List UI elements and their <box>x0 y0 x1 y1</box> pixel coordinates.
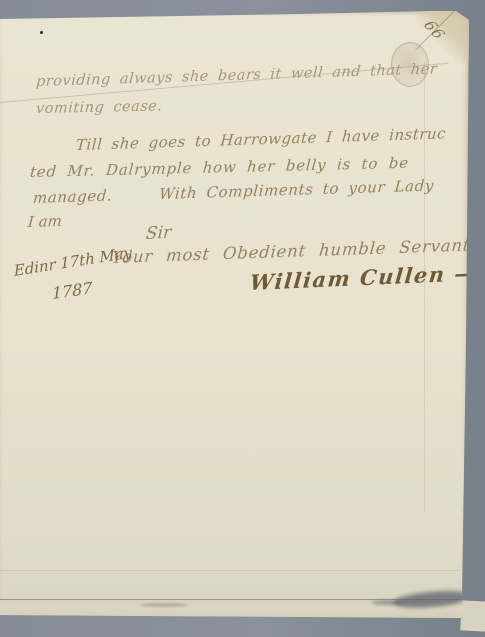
letter-page: 66 providing always she bears it well an… <box>0 11 469 618</box>
dateline-year: 1787 <box>52 278 93 303</box>
letter-line: Till she goes to Harrowgate I have instr… <box>75 124 446 154</box>
edge-smudge <box>140 603 188 607</box>
letter-line: managed. With Compliments to your Lady <box>32 176 434 207</box>
letter-line: ted Mr. Dalrymple how her belly is to be <box>29 154 409 181</box>
letter-line: I am <box>27 212 62 231</box>
dateline-place-date: Edinr 17th May <box>14 243 133 280</box>
letter-line: vomiting cease. <box>35 98 163 117</box>
paper-speck <box>40 31 43 34</box>
crease-line <box>0 570 460 571</box>
letter-line: providing always she bears it well and t… <box>35 61 437 90</box>
letter-salutation: Sir <box>145 223 172 244</box>
signature: William Cullen — <box>249 260 478 295</box>
letter-scan: 66 providing always she bears it well an… <box>0 0 485 637</box>
